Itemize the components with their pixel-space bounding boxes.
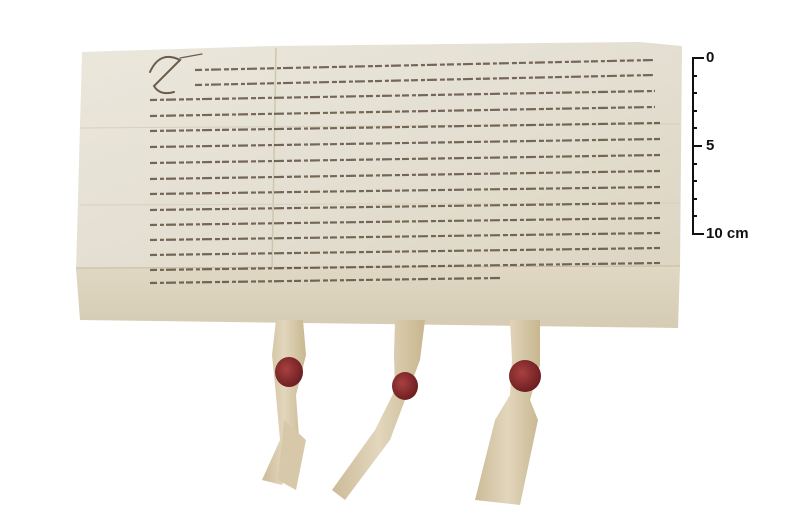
wax-seal-right: [509, 360, 541, 392]
seal-tag-middle: [332, 320, 425, 500]
scale-tick: [692, 163, 697, 165]
wax-seal-middle: [392, 372, 418, 400]
scale-label-0: 0: [706, 50, 714, 66]
seal-tag-left: [262, 320, 306, 490]
scale-label-5: 5: [706, 138, 714, 154]
scale-tick: [692, 110, 697, 112]
scale-tick: [692, 180, 697, 182]
scale-tick: [692, 92, 697, 94]
scale-bar: 0 5 10 cm: [690, 50, 790, 240]
scale-tick: [692, 145, 702, 147]
scale-tick: [692, 233, 704, 235]
scale-tick: [692, 75, 697, 77]
wax-seal-left: [275, 357, 303, 387]
seal-tag-right: [475, 320, 540, 505]
parchment-photo: [0, 0, 800, 530]
scale-label-10cm: 10 cm: [706, 226, 749, 242]
scale-tick: [692, 127, 697, 129]
scale-tick: [692, 198, 697, 200]
fold-strip: [76, 266, 680, 328]
scale-tick: [692, 215, 697, 217]
scale-tick: [692, 57, 704, 59]
